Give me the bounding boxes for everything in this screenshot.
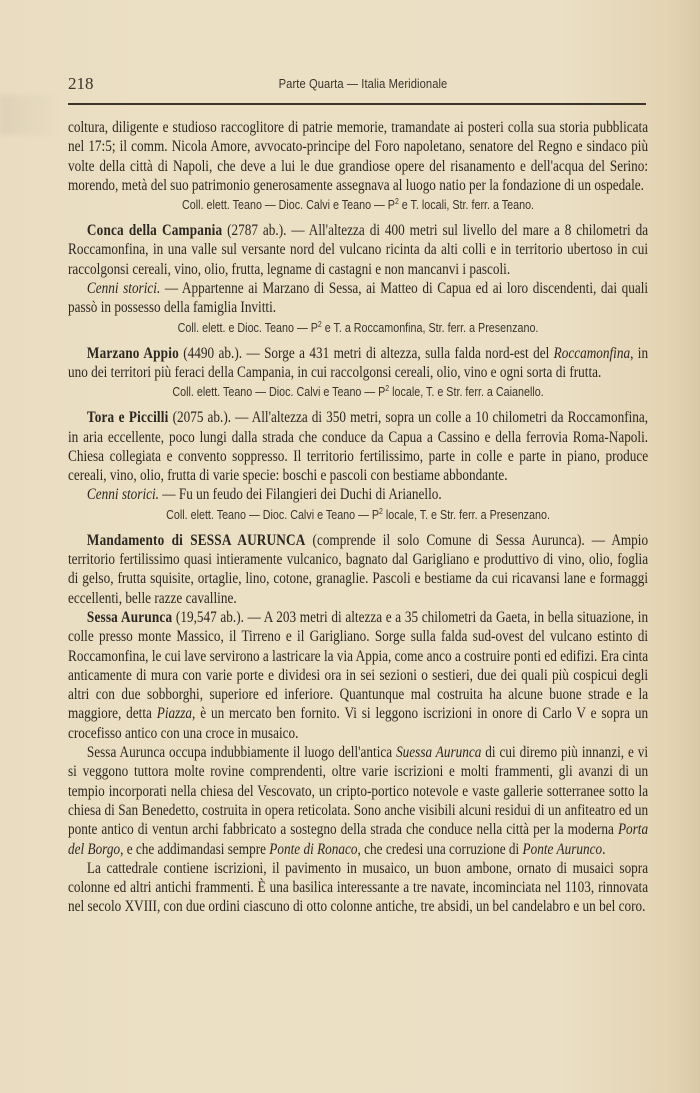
running-title: Parte Quarta — Italia Meridionale [109,76,616,91]
electoral-info-tora: Coll. elett. Teano — Dioc. Calvi e Teano… [68,506,648,525]
header-rule [68,103,646,105]
entry-title: Sessa Aurunca [87,609,172,626]
cenni-storici-conca: Cenni storici. — Appartenne ai Marzano d… [68,279,648,318]
entry-title: Tora e Piccilli [87,409,169,426]
entry-marzano-appio: Marzano Appio (4490 ab.). — Sorge a 431 … [68,344,648,383]
entry-mandamento-sessa-aurunca: Mandamento di SESSA AURUNCA (comprende i… [68,531,648,608]
electoral-info-conca: Coll. elett. e Dioc. Teano — P2 e T. a R… [68,319,648,338]
electoral-info-marzano: Coll. elett. Teano — Dioc. Calvi e Teano… [68,383,648,402]
entry-tora-e-piccilli: Tora e Piccilli (2075 ab.). — All'altezz… [68,408,648,485]
paragraph-continuation: coltura, diligente e studioso raccoglito… [68,118,648,195]
page-number: 218 [68,74,94,94]
entry-title: Marzano Appio [87,345,179,362]
entry-title: Mandamento di SESSA AURUNCA [87,532,306,549]
page-bleed-through [0,95,60,135]
entry-sessa-aurunca: Sessa Aurunca (19,547 ab.). — A 203 metr… [68,608,648,743]
entry-title: Conca della Campania [87,222,222,239]
entry-conca-della-campania: Conca della Campania (2787 ab.). — All'a… [68,221,648,279]
main-text: coltura, diligente e studioso raccoglito… [68,118,648,917]
running-head: 218 Parte Quarta — Italia Meridionale [68,74,658,96]
paragraph-cattedrale: La cattedrale contiene iscrizioni, il pa… [68,859,648,917]
electoral-info-teano: Coll. elett. Teano — Dioc. Calvi e Teano… [68,196,648,215]
cenni-storici-tora: Cenni storici. — Fu un feudo dei Filangi… [68,485,648,504]
paragraph-sessa-history: Sessa Aurunca occupa indubbiamente il lu… [68,743,648,859]
